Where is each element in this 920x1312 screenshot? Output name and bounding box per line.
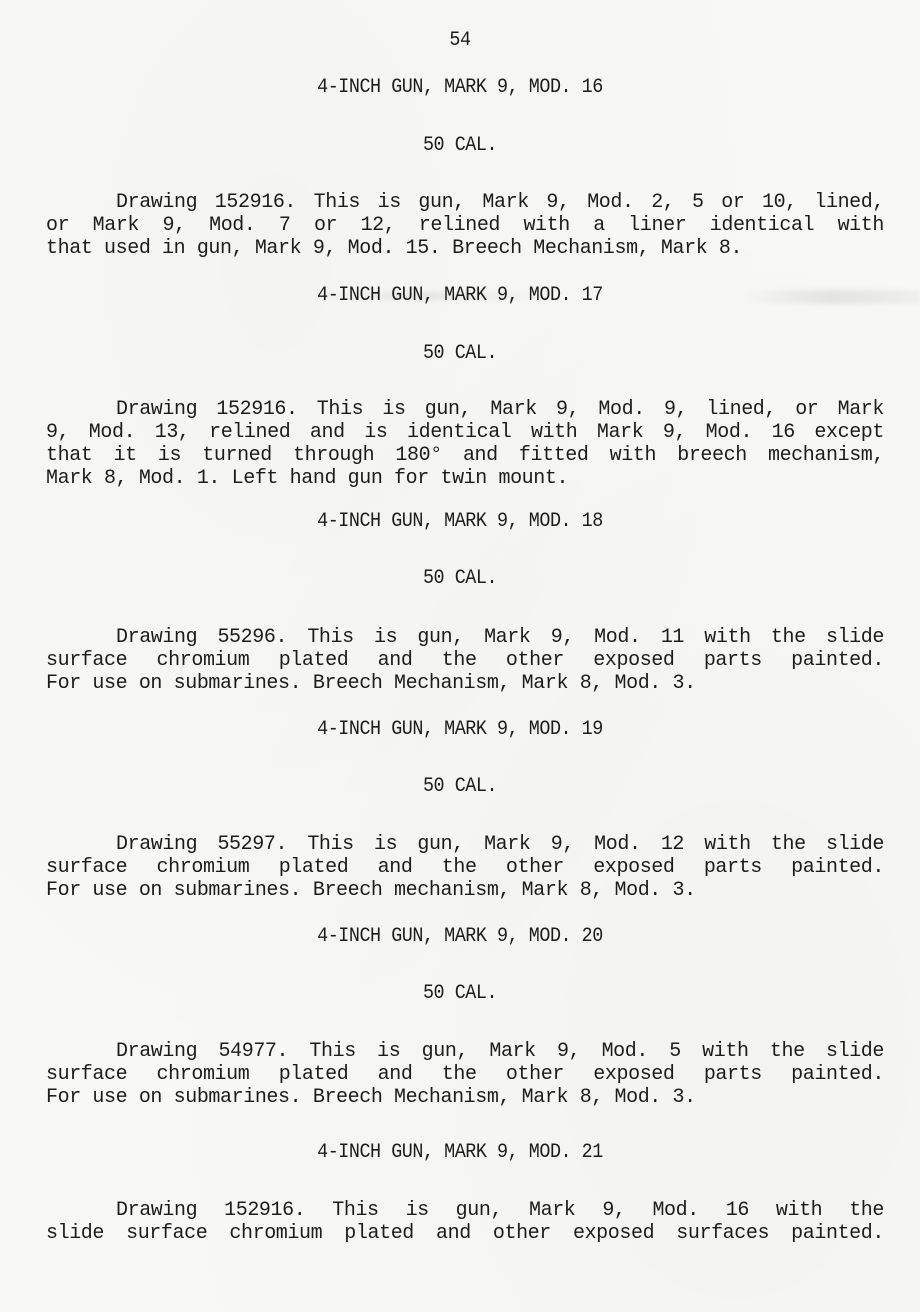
section-paragraph: Drawing 152916. This is gun, Mark 9, Mod…	[46, 191, 884, 260]
section-heading: 4-INCH GUN, MARK 9, MOD. 17	[37, 285, 883, 307]
section-caliber: 50 CAL.	[37, 568, 883, 590]
section-caliber: 50 CAL.	[37, 135, 883, 157]
paragraph-line: For use on submarines. Breech Mechanism,…	[46, 672, 884, 695]
paragraph-line: surface chromium plated and the other ex…	[46, 649, 884, 672]
section-paragraph: Drawing 55297. This is gun, Mark 9, Mod.…	[46, 833, 884, 902]
document-page: 54 4-INCH GUN, MARK 9, MOD. 16 50 CAL. D…	[0, 0, 920, 1312]
section-heading: 4-INCH GUN, MARK 9, MOD. 19	[37, 719, 883, 741]
paragraph-line: or Mark 9, Mod. 7 or 12, relined with a …	[46, 214, 884, 237]
section-heading: 4-INCH GUN, MARK 9, MOD. 18	[37, 511, 883, 533]
section-heading: 4-INCH GUN, MARK 9, MOD. 16	[37, 77, 883, 99]
section-caliber: 50 CAL.	[37, 343, 883, 365]
paragraph-line: For use on submarines. Breech mechanism,…	[46, 879, 884, 902]
section-heading: 4-INCH GUN, MARK 9, MOD. 21	[37, 1142, 883, 1164]
paragraph-line: For use on submarines. Breech Mechanism,…	[46, 1086, 884, 1109]
paragraph-line: that used in gun, Mark 9, Mod. 15. Breec…	[46, 237, 884, 260]
paragraph-line: that it is turned through 180° and fitte…	[46, 444, 884, 467]
section-paragraph: Drawing 152916. This is gun, Mark 9, Mod…	[46, 398, 884, 490]
paragraph-line: surface chromium plated and the other ex…	[46, 1063, 884, 1086]
page-number: 54	[37, 30, 883, 52]
paragraph-line: Mark 8, Mod. 1. Left hand gun for twin m…	[46, 467, 884, 490]
section-heading: 4-INCH GUN, MARK 9, MOD. 20	[37, 926, 883, 948]
paragraph-line: 9, Mod. 13, relined and is identical wit…	[46, 421, 884, 444]
section-paragraph: Drawing 54977. This is gun, Mark 9, Mod.…	[46, 1040, 884, 1109]
paragraph-line: Drawing 55297. This is gun, Mark 9, Mod.…	[46, 833, 884, 856]
paragraph-line: slide surface chromium plated and other …	[46, 1222, 884, 1245]
paragraph-line: Drawing 54977. This is gun, Mark 9, Mod.…	[46, 1040, 884, 1063]
section-caliber: 50 CAL.	[37, 983, 883, 1005]
section-paragraph: Drawing 55296. This is gun, Mark 9, Mod.…	[46, 626, 884, 695]
section-caliber: 50 CAL.	[37, 776, 883, 798]
paragraph-line: Drawing 152916. This is gun, Mark 9, Mod…	[46, 191, 884, 214]
paragraph-line: surface chromium plated and the other ex…	[46, 856, 884, 879]
section-paragraph: Drawing 152916. This is gun, Mark 9, Mod…	[46, 1199, 884, 1245]
paragraph-line: Drawing 152916. This is gun, Mark 9, Mod…	[46, 398, 884, 421]
paragraph-line: Drawing 55296. This is gun, Mark 9, Mod.…	[46, 626, 884, 649]
paragraph-line: Drawing 152916. This is gun, Mark 9, Mod…	[46, 1199, 884, 1222]
